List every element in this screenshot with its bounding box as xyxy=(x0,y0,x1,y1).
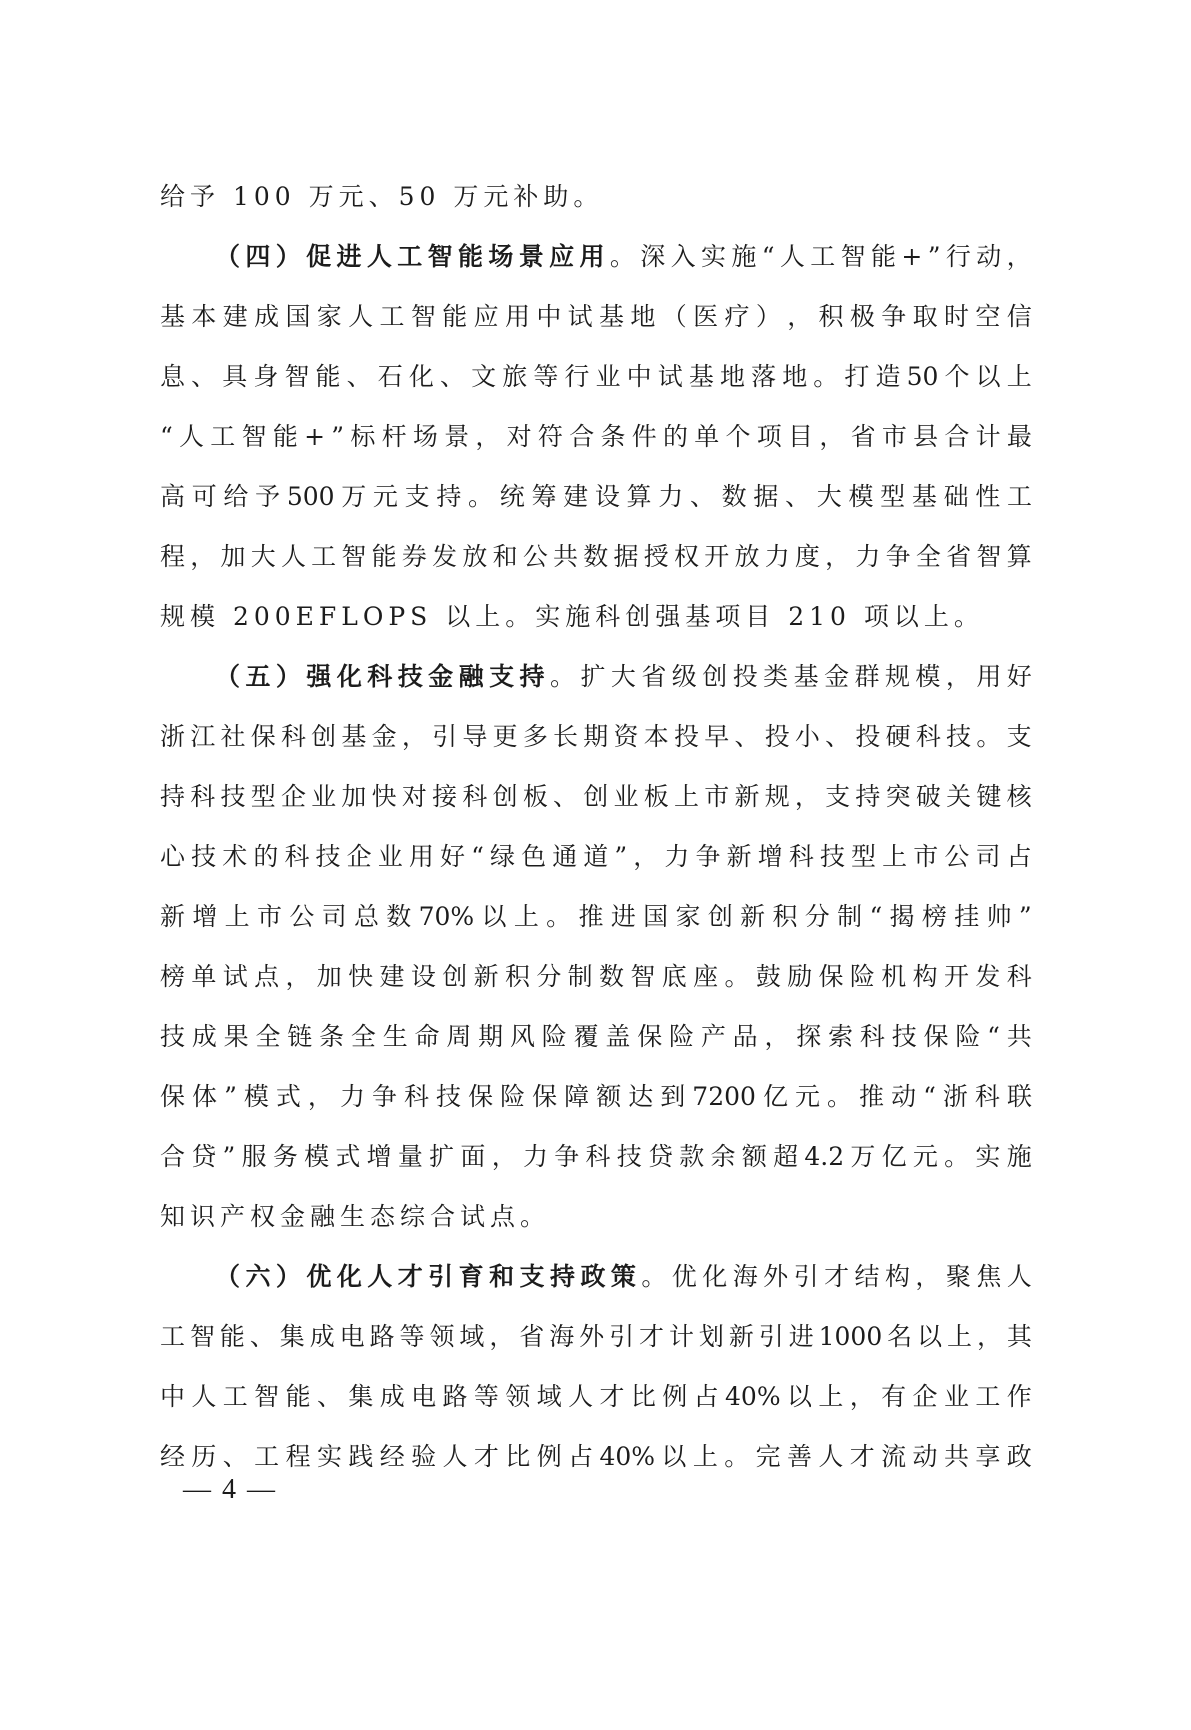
text-line: 新增上市公司总数70%以上。推进国家创新积分制“揭榜挂帅” xyxy=(160,887,1032,947)
text-line: 工智能、集成电路等领域，省海外引才计划新引进1000名以上，其 xyxy=(160,1307,1032,1367)
section-heading-line: （五）强化科技金融支持。扩大省级创投类基金群规模，用好 xyxy=(160,647,1032,707)
text-line: 技成果全链条全生命周期风险覆盖保险产品，探索科技保险“共 xyxy=(160,1007,1032,1067)
text-line: 保体”模式，力争科技保险保障额达到7200亿元。推动“浙科联 xyxy=(160,1067,1032,1127)
text-line: 合贷”服务模式增量扩面，力争科技贷款余额超4.2万亿元。实施 xyxy=(160,1127,1032,1187)
text-line: “人工智能+”标杆场景，对符合条件的单个项目，省市县合计最 xyxy=(160,407,1032,467)
text-line: 浙江社保科创基金，引导更多长期资本投早、投小、投硬科技。支 xyxy=(160,707,1032,767)
text-line: 息、具身智能、石化、文旅等行业中试基地落地。打造50个以上 xyxy=(160,347,1032,407)
page-number: — 4 — xyxy=(183,1474,277,1506)
text-line: 经历、工程实践经验人才比例占40%以上。完善人才流动共享政 xyxy=(160,1427,1032,1487)
text-line: 高可给予500万元支持。统筹建设算力、数据、大模型基础性工 xyxy=(160,467,1032,527)
text-line: 规模 200EFLOPS 以上。实施科创强基项目 210 项以上。 xyxy=(160,587,1032,647)
text-line: 基本建成国家人工智能应用中试基地（医疗），积极争取时空信 xyxy=(160,287,1032,347)
document-page: 给予 100 万元、50 万元补助。 （四）促进人工智能场景应用。深入实施“人工… xyxy=(0,0,1191,1730)
section-heading-line: （六）优化人才引育和支持政策。优化海外引才结构，聚焦人 xyxy=(160,1247,1032,1307)
text-line: 中人工智能、集成电路等领域人才比例占40%以上，有企业工作 xyxy=(160,1367,1032,1427)
text-line: 持科技型企业加快对接科创板、创业板上市新规，支持突破关键核 xyxy=(160,767,1032,827)
text-line: 给予 100 万元、50 万元补助。 xyxy=(160,167,1032,227)
text-line: 知识产权金融生态综合试点。 xyxy=(160,1187,1032,1247)
document-body: 给予 100 万元、50 万元补助。 （四）促进人工智能场景应用。深入实施“人工… xyxy=(160,167,1032,1487)
text-line: 榜单试点，加快建设创新积分制数智底座。鼓励保险机构开发科 xyxy=(160,947,1032,1007)
text-line: 心技术的科技企业用好“绿色通道”，力争新增科技型上市公司占 xyxy=(160,827,1032,887)
section-heading-line: （四）促进人工智能场景应用。深入实施“人工智能+”行动， xyxy=(160,227,1032,287)
text-line: 程，加大人工智能券发放和公共数据授权开放力度，力争全省智算 xyxy=(160,527,1032,587)
